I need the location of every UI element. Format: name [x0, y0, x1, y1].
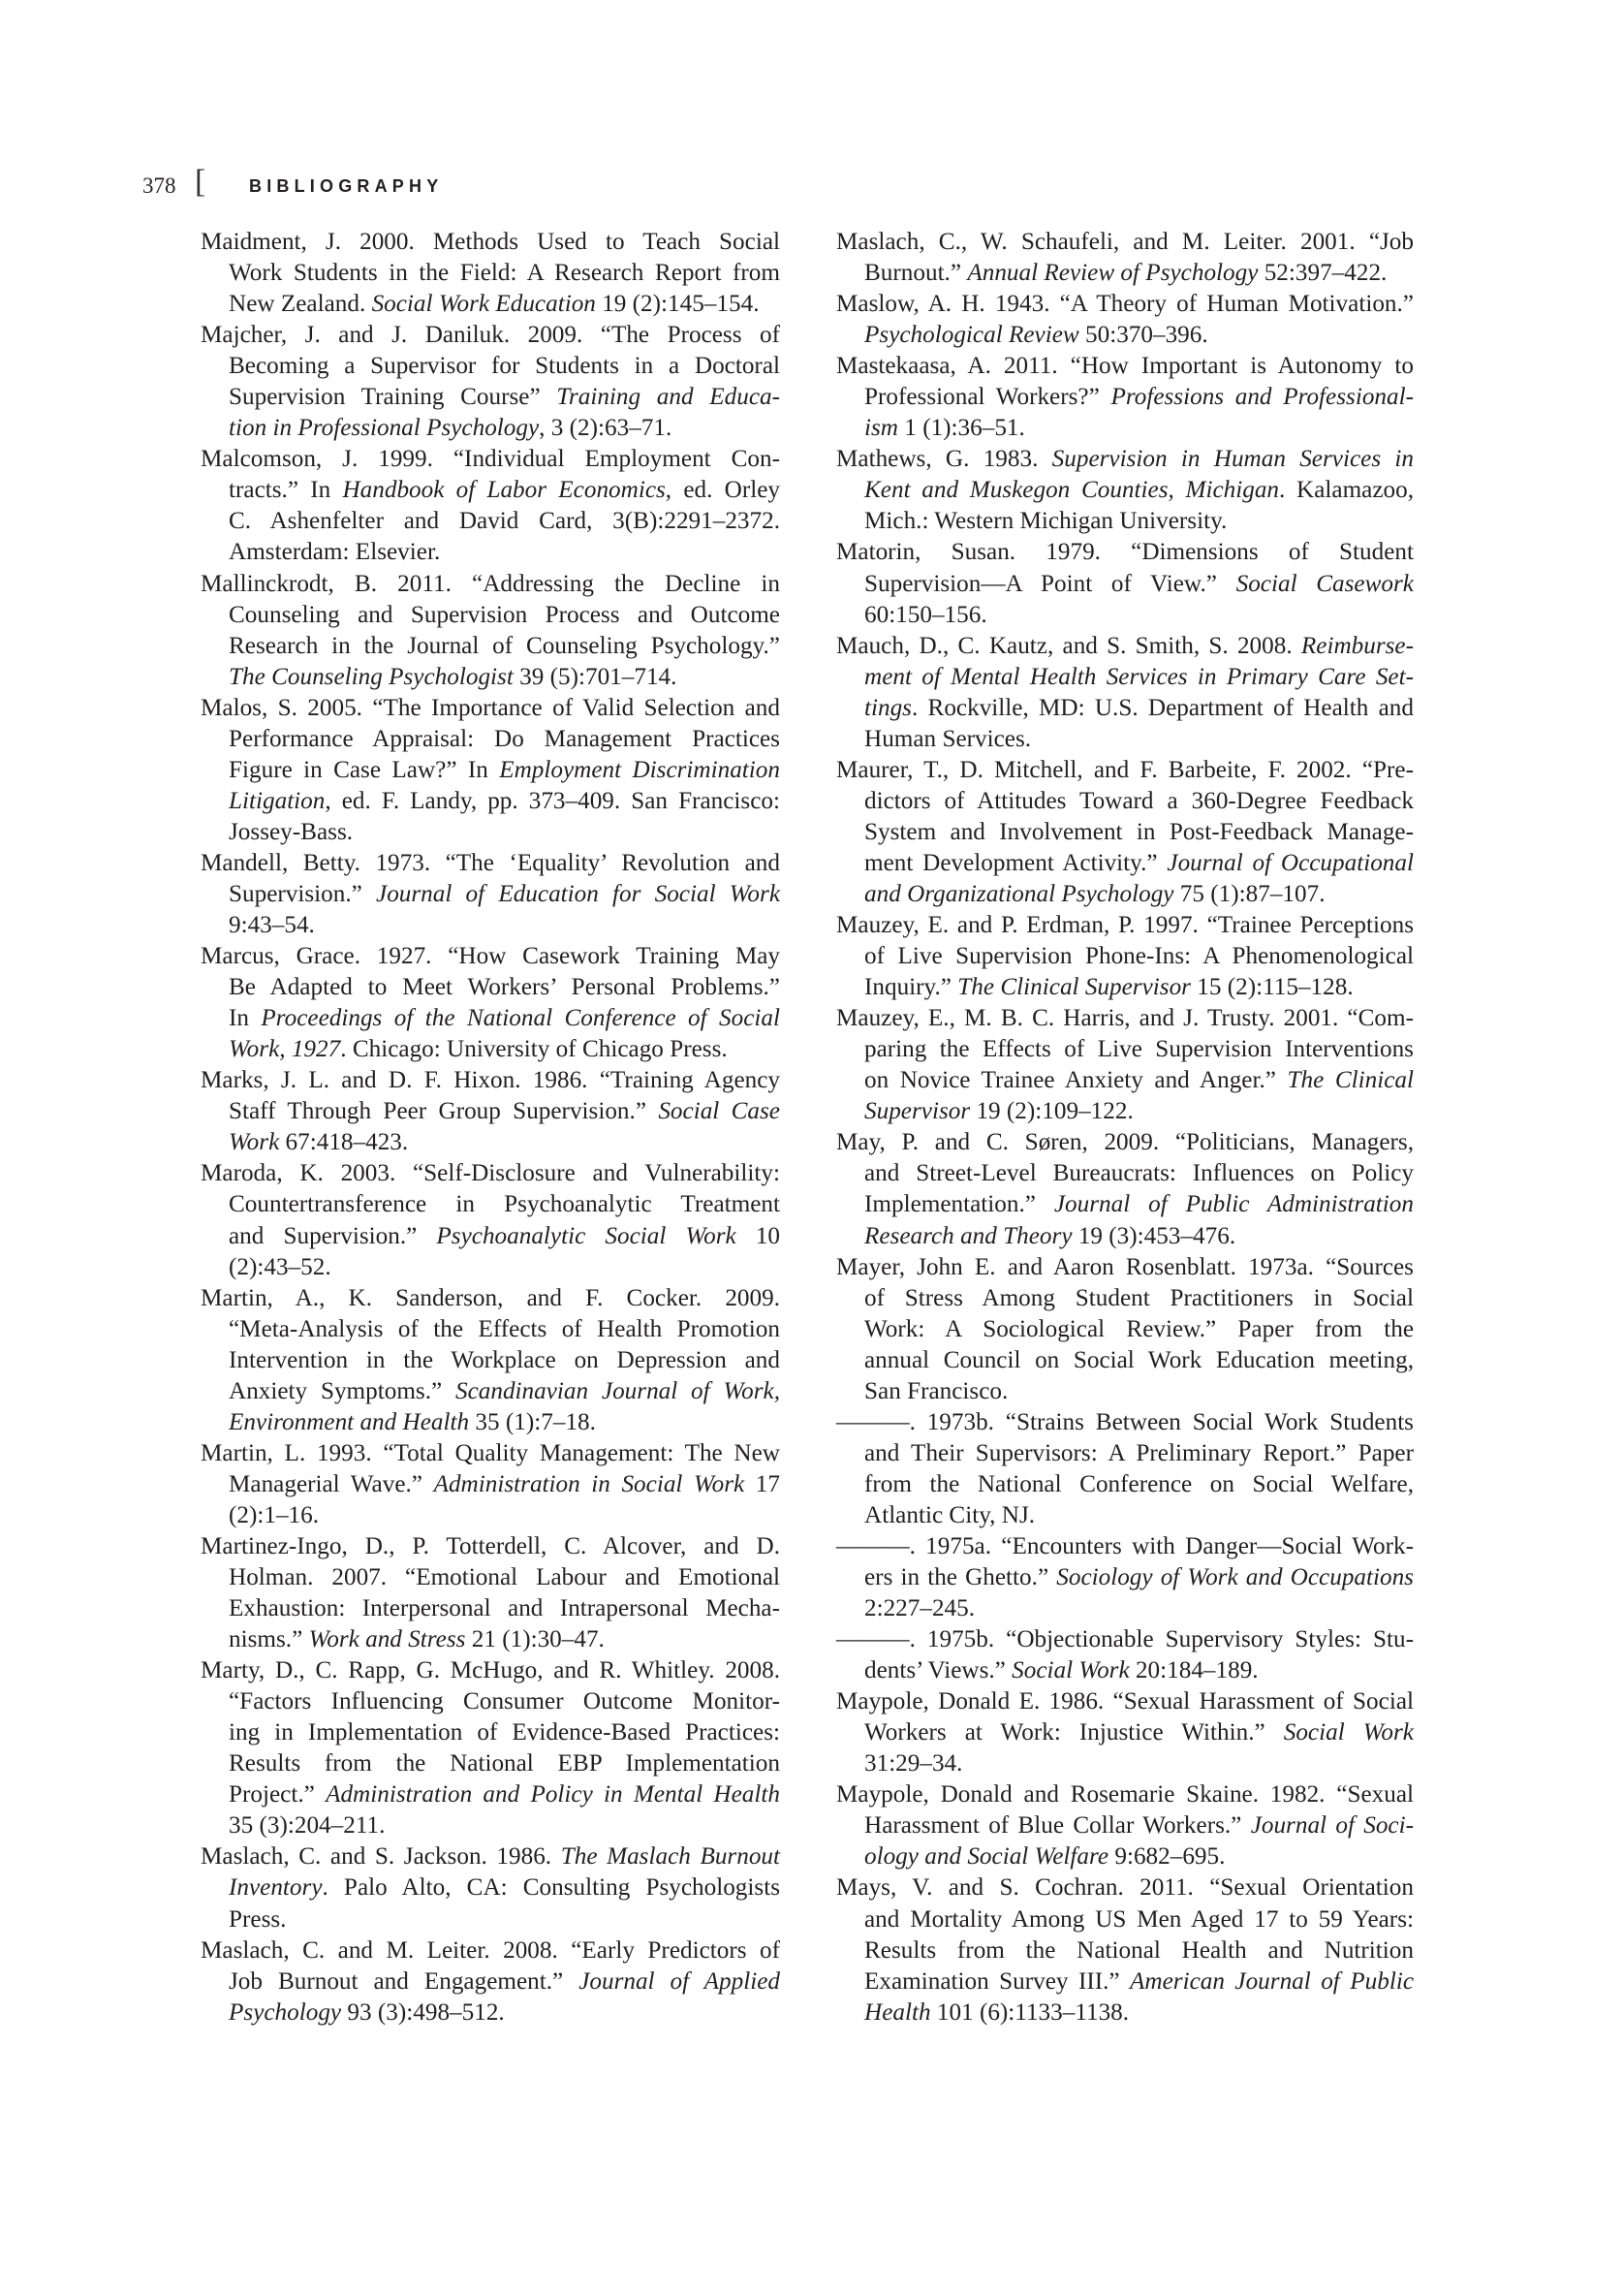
- citation-text: 31:29–34.: [864, 1750, 962, 1777]
- citation-text: Becoming a Supervisor for Students in a …: [229, 353, 780, 379]
- citation-text: Maurer, T., D. Mitchell, and F. Barbeite…: [836, 757, 1414, 783]
- entry-line: Atlantic City, NJ.: [836, 1500, 1414, 1531]
- italic-title-text: Inventory: [229, 1874, 323, 1901]
- entry-line: and Organizational Psychology 75 (1):87–…: [836, 879, 1414, 910]
- entry-line: Marty, D., C. Rapp, G. McHugo, and R. Wh…: [201, 1655, 780, 1686]
- citation-text: Martin, L. 1993. “Total Quality Manageme…: [201, 1440, 780, 1466]
- entry-line: Inventory. Palo Alto, CA: Consulting Psy…: [201, 1872, 780, 1903]
- bibliography-entry: Mathews, G. 1983. Supervision in Human S…: [836, 444, 1414, 537]
- citation-text: Mallinckrodt, B. 2011. “Addressing the D…: [201, 571, 780, 597]
- entry-line: Work 67:418–423.: [201, 1127, 780, 1158]
- citation-text: , ed. F. Landy, pp. 373–409. San Francis…: [325, 788, 780, 814]
- entry-line: Results from the National Health and Nut…: [836, 1935, 1414, 1966]
- entry-line: Job Burnout and Engagement.” Journal of …: [201, 1966, 780, 1997]
- citation-text: Maslach, C. and S. Jackson. 1986.: [201, 1843, 561, 1870]
- citation-text: Marty, D., C. Rapp, G. McHugo, and R. Wh…: [201, 1657, 780, 1683]
- entry-line: Maslach, C., W. Schaufeli, and M. Leiter…: [836, 227, 1414, 258]
- citation-text: ing in Implementation of Evidence-Based …: [229, 1719, 780, 1746]
- italic-title-text: Work: [229, 1129, 279, 1155]
- entry-line: ———. 1975b. “Objectionable Supervisory S…: [836, 1624, 1414, 1655]
- entry-line: tion in Professional Psychology, 3 (2):6…: [201, 413, 780, 444]
- entry-line: Maidment, J. 2000. Methods Used to Teach…: [201, 227, 780, 258]
- citation-text: Maidment, J. 2000. Methods Used to Teach…: [201, 229, 780, 255]
- bibliography-entry: Maurer, T., D. Mitchell, and F. Barbeite…: [836, 755, 1414, 910]
- citation-text: Supervision—A Point of View.”: [864, 571, 1236, 597]
- entry-line: C. Ashenfelter and David Card, 3(B):2291…: [201, 506, 780, 537]
- entry-line: Psychology 93 (3):498–512.: [201, 1997, 780, 2029]
- entry-line: from the National Conference on Social W…: [836, 1469, 1414, 1500]
- italic-title-text: Work, 1927: [229, 1036, 340, 1062]
- italic-title-text: ology and Social Welfare: [864, 1843, 1108, 1870]
- entry-line: Mallinckrodt, B. 2011. “Addressing the D…: [201, 569, 780, 600]
- citation-text: Mathews, G. 1983.: [836, 446, 1052, 472]
- citation-text: Supervision Training Course”: [229, 384, 556, 410]
- citation-text: Countertransference in Psychoanalytic Tr…: [229, 1191, 780, 1217]
- entry-line: The Counseling Psychologist 39 (5):701–7…: [201, 662, 780, 693]
- bibliography-entry: Martinez-Ingo, D., P. Totterdell, C. Alc…: [201, 1531, 780, 1655]
- citation-text: Anxiety Symptoms.”: [229, 1378, 455, 1404]
- entry-line: Supervision Training Course” Training an…: [201, 382, 780, 413]
- bibliography-entry: Maroda, K. 2003. “Self-Disclosure and Vu…: [201, 1158, 780, 1282]
- italic-title-text: Social Casework: [1236, 571, 1414, 597]
- italic-title-text: Supervisor: [864, 1098, 970, 1124]
- italic-title-text: Social Work: [1284, 1719, 1414, 1746]
- citation-text: 39 (5):701–714.: [514, 664, 677, 690]
- entry-line: Mandell, Betty. 1973. “The ‘Equality’ Re…: [201, 848, 780, 879]
- citation-text: Be Adapted to Meet Workers’ Personal Pro…: [229, 974, 780, 1000]
- bibliography-entry: Marks, J. L. and D. F. Hixon. 1986. “Tra…: [201, 1065, 780, 1158]
- entry-line: Figure in Case Law?” In Employment Discr…: [201, 755, 780, 786]
- citation-text: 2:227–245.: [864, 1595, 975, 1621]
- entry-line: Mauzey, E., M. B. C. Harris, and J. Trus…: [836, 1003, 1414, 1034]
- entry-line: Mastekaasa, A. 2011. “How Important is A…: [836, 351, 1414, 382]
- entry-line: ers in the Ghetto.” Sociology of Work an…: [836, 1562, 1414, 1593]
- citation-text: ———. 1973b. “Strains Between Social Work…: [836, 1409, 1414, 1435]
- citation-text: Malcomson, J. 1999. “Individual Employme…: [201, 446, 780, 472]
- citation-text: In: [229, 1005, 261, 1031]
- bibliography-entry: Maslach, C., W. Schaufeli, and M. Leiter…: [836, 227, 1414, 289]
- citation-text: San Francisco.: [864, 1378, 1008, 1404]
- italic-title-text: Administration in Social Work: [434, 1471, 745, 1497]
- bibliography-entry: Martin, L. 1993. “Total Quality Manageme…: [201, 1438, 780, 1531]
- citation-text: dictors of Attitudes Toward a 360-Degree…: [864, 788, 1414, 814]
- entry-line: and Street-Level Bureaucrats: Influences…: [836, 1158, 1414, 1189]
- page-number: 378: [142, 173, 176, 200]
- italic-title-text: Proceedings of the National Conference o…: [261, 1005, 780, 1031]
- entry-line: In Proceedings of the National Conferenc…: [201, 1003, 780, 1034]
- italic-title-text: The Counseling Psychologist: [229, 664, 514, 690]
- entry-line: 9:43–54.: [201, 910, 780, 941]
- italic-title-text: Supervision in Human Services in: [1052, 446, 1414, 472]
- citation-text: ment Development Activity.”: [864, 850, 1167, 876]
- bibliography-entry: Mauzey, E., M. B. C. Harris, and J. Trus…: [836, 1003, 1414, 1127]
- citation-text: (2):43–52.: [229, 1254, 331, 1280]
- bibliography-entry: ———. 1975a. “Encounters with Danger—Soci…: [836, 1531, 1414, 1624]
- citation-text: System and Involvement in Post-Feedback …: [864, 819, 1414, 845]
- entry-line: Project.” Administration and Policy in M…: [201, 1779, 780, 1810]
- entry-line: System and Involvement in Post-Feedback …: [836, 817, 1414, 848]
- citation-text: Maslow, A. H. 1943. “A Theory of Human M…: [836, 291, 1414, 317]
- entry-line: “Meta-Analysis of the Effects of Health …: [201, 1314, 780, 1345]
- entry-line: Performance Appraisal: Do Management Pra…: [201, 724, 780, 755]
- citation-text: Mays, V. and S. Cochran. 2011. “Sexual O…: [836, 1874, 1414, 1901]
- italic-title-text: Scandinavian Journal of Work,: [455, 1378, 780, 1404]
- entry-line: Martin, A., K. Sanderson, and F. Cocker.…: [201, 1283, 780, 1314]
- citation-text: 60:150–156.: [864, 602, 987, 628]
- bibliography-entry: Mandell, Betty. 1973. “The ‘Equality’ Re…: [201, 848, 780, 941]
- citation-text: Marks, J. L. and D. F. Hixon. 1986. “Tra…: [201, 1067, 780, 1093]
- entry-line: (2):1–16.: [201, 1500, 780, 1531]
- bibliography-entry: Maypole, Donald E. 1986. “Sexual Harassm…: [836, 1686, 1414, 1779]
- bibliography-entry: Mallinckrodt, B. 2011. “Addressing the D…: [201, 569, 780, 693]
- italic-title-text: Professions and Professional-: [1110, 384, 1414, 410]
- italic-title-text: Social Work Education: [372, 291, 596, 317]
- citation-text: “Factors Influencing Consumer Outcome Mo…: [229, 1688, 780, 1714]
- bibliography-column-right: Maslach, C., W. Schaufeli, and M. Leiter…: [836, 227, 1414, 2029]
- citation-text: paring the Effects of Live Supervision I…: [864, 1036, 1414, 1062]
- entry-line: Health 101 (6):1133–1138.: [836, 1997, 1414, 2029]
- citation-text: 1 (1):36–51.: [898, 415, 1025, 441]
- citation-text: New Zealand.: [229, 291, 372, 317]
- citation-text: Managerial Wave.”: [229, 1471, 434, 1497]
- italic-title-text: The Clinical Supervisor: [957, 974, 1191, 1000]
- entry-line: Martinez-Ingo, D., P. Totterdell, C. Alc…: [201, 1531, 780, 1562]
- citation-text: , ed. Orley: [666, 477, 780, 503]
- entry-line: “Factors Influencing Consumer Outcome Mo…: [201, 1686, 780, 1717]
- entry-line: Psychological Review 50:370–396.: [836, 320, 1414, 351]
- citation-text: Maslach, C. and M. Leiter. 2008. “Early …: [201, 1937, 780, 1964]
- italic-title-text: Journal of Occupational: [1167, 850, 1414, 876]
- citation-text: 17: [744, 1471, 780, 1497]
- citation-text: Inquiry.”: [864, 974, 957, 1000]
- bibliography-entry: Malos, S. 2005. “The Importance of Valid…: [201, 693, 780, 848]
- citation-text: on Novice Trainee Anxiety and Anger.”: [864, 1067, 1288, 1093]
- entry-line: Staff Through Peer Group Supervision.” S…: [201, 1096, 780, 1127]
- citation-text: Work: A Sociological Review.” Paper from…: [864, 1316, 1414, 1342]
- bracket-ornament: [: [195, 165, 205, 200]
- citation-text: 101 (6):1133–1138.: [931, 1999, 1130, 2026]
- citation-text: Mich.: Western Michigan University.: [864, 508, 1227, 534]
- entry-line: Matorin, Susan. 1979. “Dimensions of Stu…: [836, 537, 1414, 568]
- entry-line: Managerial Wave.” Administration in Soci…: [201, 1469, 780, 1500]
- citation-text: Job Burnout and Engagement.”: [229, 1968, 578, 1995]
- citation-text: ———. 1975b. “Objectionable Supervisory S…: [836, 1626, 1414, 1652]
- italic-title-text: Social Work: [1012, 1657, 1130, 1683]
- entry-line: of Live Supervision Phone-Ins: A Phenome…: [836, 941, 1414, 972]
- entry-line: 60:150–156.: [836, 600, 1414, 631]
- bibliography-entry: Martin, A., K. Sanderson, and F. Cocker.…: [201, 1283, 780, 1438]
- italic-title-text: Training and Educa-: [556, 384, 780, 410]
- italic-title-text: Psychology: [229, 1999, 341, 2026]
- citation-text: of Live Supervision Phone-Ins: A Phenome…: [864, 943, 1414, 969]
- bibliography-entry: Maidment, J. 2000. Methods Used to Teach…: [201, 227, 780, 320]
- citation-text: Exhaustion: Interpersonal and Intraperso…: [229, 1595, 780, 1621]
- bibliography-column-left: Maidment, J. 2000. Methods Used to Teach…: [201, 227, 780, 2029]
- entry-line: Maurer, T., D. Mitchell, and F. Barbeite…: [836, 755, 1414, 786]
- entry-line: 2:227–245.: [836, 1593, 1414, 1624]
- citation-text: C. Ashenfelter and David Card, 3(B):2291…: [229, 508, 780, 534]
- citation-text: and Supervision.”: [229, 1223, 436, 1249]
- italic-title-text: tion in Professional Psychology: [229, 415, 539, 441]
- citation-text: “Meta-Analysis of the Effects of Health …: [229, 1316, 780, 1342]
- citation-text: 35 (3):204–211.: [229, 1812, 385, 1839]
- citation-text: May, P. and C. Søren, 2009. “Politicians…: [836, 1129, 1414, 1155]
- citation-text: , 3 (2):63–71.: [539, 415, 671, 441]
- entry-line: paring the Effects of Live Supervision I…: [836, 1034, 1414, 1065]
- entry-line: New Zealand. Social Work Education 19 (2…: [201, 289, 780, 320]
- bibliography-entry: Maypole, Donald and Rosemarie Skaine. 19…: [836, 1779, 1414, 1872]
- italic-title-text: Environment and Health: [229, 1409, 469, 1435]
- entry-line: Human Services.: [836, 724, 1414, 755]
- bibliography-entry: Mastekaasa, A. 2011. “How Important is A…: [836, 351, 1414, 444]
- entry-line: ment of Mental Health Services in Primar…: [836, 662, 1414, 693]
- entry-line: Examination Survey III.” American Journa…: [836, 1966, 1414, 1997]
- entry-line: Maypole, Donald and Rosemarie Skaine. 19…: [836, 1779, 1414, 1810]
- entry-line: Work: A Sociological Review.” Paper from…: [836, 1314, 1414, 1345]
- entry-line: and Supervision.” Psychoanalytic Social …: [201, 1221, 780, 1252]
- entry-line: Work Students in the Field: A Research R…: [201, 258, 780, 289]
- citation-text: 19 (3):453–476.: [1073, 1223, 1236, 1249]
- entry-line: Malcomson, J. 1999. “Individual Employme…: [201, 444, 780, 475]
- italic-title-text: ment of Mental Health Services in Primar…: [864, 664, 1414, 690]
- entry-line: Results from the National EBP Implementa…: [201, 1748, 780, 1779]
- entry-line: Anxiety Symptoms.” Scandinavian Journal …: [201, 1376, 780, 1407]
- citation-text: Examination Survey III.”: [864, 1968, 1130, 1995]
- citation-text: 52:397–422.: [1258, 260, 1387, 286]
- citation-text: Results from the National Health and Nut…: [864, 1937, 1414, 1964]
- entry-line: and Their Supervisors: A Preliminary Rep…: [836, 1438, 1414, 1469]
- citation-text: Project.”: [229, 1781, 326, 1808]
- bibliography-entry: Mauch, D., C. Kautz, and S. Smith, S. 20…: [836, 631, 1414, 755]
- citation-text: from the National Conference on Social W…: [864, 1471, 1414, 1497]
- italic-title-text: Sociology of Work and Occupations: [1056, 1564, 1414, 1590]
- entry-line: dictors of Attitudes Toward a 360-Degree…: [836, 786, 1414, 817]
- entry-line: Marks, J. L. and D. F. Hixon. 1986. “Tra…: [201, 1065, 780, 1096]
- bibliography-entry: Marcus, Grace. 1927. “How Casework Train…: [201, 941, 780, 1065]
- citation-text: Staff Through Peer Group Supervision.”: [229, 1098, 658, 1124]
- entry-line: Supervisor 19 (2):109–122.: [836, 1096, 1414, 1127]
- italic-title-text: Journal of Applied: [578, 1968, 780, 1995]
- citation-text: Mauzey, E., M. B. C. Harris, and J. Trus…: [836, 1005, 1414, 1031]
- italic-title-text: Journal of Soci-: [1251, 1812, 1414, 1839]
- entry-line: Litigation, ed. F. Landy, pp. 373–409. S…: [201, 786, 780, 817]
- entry-line: May, P. and C. Søren, 2009. “Politicians…: [836, 1127, 1414, 1158]
- citation-text: . Kalamazoo,: [1279, 477, 1414, 503]
- citation-text: Press.: [229, 1906, 286, 1933]
- entry-line: Mauch, D., C. Kautz, and S. Smith, S. 20…: [836, 631, 1414, 662]
- entry-line: tracts.” In Handbook of Labor Economics,…: [201, 475, 780, 506]
- citation-text: Mayer, John E. and Aaron Rosenblatt. 197…: [836, 1254, 1414, 1280]
- italic-title-text: Annual Review of Psychology: [967, 260, 1258, 286]
- citation-text: Maypole, Donald and Rosemarie Skaine. 19…: [836, 1781, 1414, 1808]
- bibliography-entry: May, P. and C. Søren, 2009. “Politicians…: [836, 1127, 1414, 1251]
- citation-text: and Mortality Among US Men Aged 17 to 59…: [864, 1906, 1414, 1933]
- citation-text: 75 (1):87–107.: [1173, 881, 1325, 907]
- citation-text: ers in the Ghetto.”: [864, 1564, 1056, 1590]
- citation-text: Human Services.: [864, 726, 1031, 752]
- entry-line: Inquiry.” The Clinical Supervisor 15 (2)…: [836, 972, 1414, 1003]
- entry-line: ism 1 (1):36–51.: [836, 413, 1414, 444]
- citation-text: Jossey-Bass.: [229, 819, 353, 845]
- citation-text: Results from the National EBP Implementa…: [229, 1750, 780, 1777]
- citation-text: Marcus, Grace. 1927. “How Casework Train…: [201, 943, 780, 969]
- citation-text: 20:184–189.: [1130, 1657, 1259, 1683]
- citation-text: Burnout.”: [864, 260, 967, 286]
- entry-line: Research and Theory 19 (3):453–476.: [836, 1221, 1414, 1252]
- citation-text: Workers at Work: Injustice Within.”: [864, 1719, 1284, 1746]
- italic-title-text: Handbook of Labor Economics: [342, 477, 665, 503]
- citation-text: (2):1–16.: [229, 1502, 319, 1528]
- citation-text: 50:370–396.: [1079, 322, 1208, 348]
- citation-text: 21 (1):30–47.: [465, 1626, 604, 1652]
- italic-title-text: Psychoanalytic Social Work: [436, 1223, 735, 1249]
- entry-line: Marcus, Grace. 1927. “How Casework Train…: [201, 941, 780, 972]
- italic-title-text: Journal of Public Administration: [1054, 1191, 1414, 1217]
- citation-text: Mauch, D., C. Kautz, and S. Smith, S. 20…: [836, 633, 1301, 659]
- entry-line: Jossey-Bass.: [201, 817, 780, 848]
- italic-title-text: Social Case: [658, 1098, 780, 1124]
- bibliography-entry: Mays, V. and S. Cochran. 2011. “Sexual O…: [836, 1872, 1414, 2028]
- citation-text: Counseling and Supervision Process and O…: [229, 602, 780, 628]
- citation-text: Martin, A., K. Sanderson, and F. Cocker.…: [201, 1285, 780, 1311]
- citation-text: Figure in Case Law?” In: [229, 757, 499, 783]
- italic-title-text: The Clinical: [1288, 1067, 1414, 1093]
- entry-line: Press.: [201, 1904, 780, 1935]
- entry-line: ing in Implementation of Evidence-Based …: [201, 1717, 780, 1748]
- citation-text: Performance Appraisal: Do Management Pra…: [229, 726, 780, 752]
- bibliography-entry: Mayer, John E. and Aaron Rosenblatt. 197…: [836, 1252, 1414, 1407]
- italic-title-text: Litigation: [229, 788, 325, 814]
- citation-text: tracts.” In: [229, 477, 342, 503]
- bibliography-entry: Maslow, A. H. 1943. “A Theory of Human M…: [836, 289, 1414, 351]
- bibliography-entry: Maslach, C. and S. Jackson. 1986. The Ma…: [201, 1841, 780, 1934]
- entry-line: Environment and Health 35 (1):7–18.: [201, 1407, 780, 1438]
- entry-line: ment Development Activity.” Journal of O…: [836, 848, 1414, 879]
- citation-text: Mauzey, E. and P. Erdman, P. 1997. “Trai…: [836, 912, 1414, 938]
- italic-title-text: American Journal of Public: [1130, 1968, 1414, 1995]
- entry-line: Harassment of Blue Collar Workers.” Jour…: [836, 1810, 1414, 1841]
- bibliography-entry: Marty, D., C. Rapp, G. McHugo, and R. Wh…: [201, 1655, 780, 1841]
- italic-title-text: tings: [864, 695, 912, 721]
- entry-line: Holman. 2007. “Emotional Labour and Emot…: [201, 1562, 780, 1593]
- italic-title-text: Administration and Policy in Mental Heal…: [326, 1781, 780, 1808]
- italic-title-text: Health: [864, 1999, 931, 2026]
- bibliography-entry: ———. 1973b. “Strains Between Social Work…: [836, 1407, 1414, 1531]
- citation-text: Atlantic City, NJ.: [864, 1502, 1035, 1528]
- citation-text: and Street-Level Bureaucrats: Influences…: [864, 1160, 1414, 1186]
- entry-line: Majcher, J. and J. Daniluk. 2009. “The P…: [201, 320, 780, 351]
- citation-text: Maypole, Donald E. 1986. “Sexual Harassm…: [836, 1688, 1414, 1714]
- entry-line: ———. 1973b. “Strains Between Social Work…: [836, 1407, 1414, 1438]
- citation-text: Supervision.”: [229, 881, 376, 907]
- citation-text: 15 (2):115–128.: [1191, 974, 1354, 1000]
- citation-text: Maslach, C., W. Schaufeli, and M. Leiter…: [836, 229, 1414, 255]
- entry-line: Kent and Muskegon Counties, Michigan. Ka…: [836, 475, 1414, 506]
- italic-title-text: Journal of Education for Social Work: [376, 881, 780, 907]
- entry-line: Exhaustion: Interpersonal and Intraperso…: [201, 1593, 780, 1624]
- entry-line: Professional Workers?” Professions and P…: [836, 382, 1414, 413]
- entry-line: on Novice Trainee Anxiety and Anger.” Th…: [836, 1065, 1414, 1096]
- entry-line: Martin, L. 1993. “Total Quality Manageme…: [201, 1438, 780, 1469]
- entry-line: ———. 1975a. “Encounters with Danger—Soci…: [836, 1531, 1414, 1562]
- citation-text: Maroda, K. 2003. “Self-Disclosure and Vu…: [201, 1160, 780, 1186]
- entry-line: nisms.” Work and Stress 21 (1):30–47.: [201, 1624, 780, 1655]
- entry-line: dents’ Views.” Social Work 20:184–189.: [836, 1655, 1414, 1686]
- bibliography-entry: Maslach, C. and M. Leiter. 2008. “Early …: [201, 1935, 780, 2029]
- citation-text: Matorin, Susan. 1979. “Dimensions of Stu…: [836, 539, 1414, 565]
- bibliography-entry: Majcher, J. and J. Daniluk. 2009. “The P…: [201, 320, 780, 444]
- citation-text: Malos, S. 2005. “The Importance of Valid…: [201, 695, 780, 721]
- bibliography-entry: Mauzey, E. and P. Erdman, P. 1997. “Trai…: [836, 910, 1414, 1003]
- entry-line: Research in the Journal of Counseling Ps…: [201, 631, 780, 662]
- entry-line: Mays, V. and S. Cochran. 2011. “Sexual O…: [836, 1872, 1414, 1903]
- citation-text: Amsterdam: Elsevier.: [229, 539, 440, 565]
- citation-text: 19 (2):145–154.: [596, 291, 760, 317]
- citation-text: Professional Workers?”: [864, 384, 1110, 410]
- citation-text: Holman. 2007. “Emotional Labour and Emot…: [229, 1564, 780, 1590]
- entry-line: Intervention in the Workplace on Depress…: [201, 1345, 780, 1376]
- entry-line: Work, 1927. Chicago: University of Chica…: [201, 1034, 780, 1065]
- entry-line: Becoming a Supervisor for Students in a …: [201, 351, 780, 382]
- entry-line: Maroda, K. 2003. “Self-Disclosure and Vu…: [201, 1158, 780, 1189]
- citation-text: Mandell, Betty. 1973. “The ‘Equality’ Re…: [201, 850, 780, 876]
- entry-line: (2):43–52.: [201, 1252, 780, 1283]
- citation-text: of Stress Among Student Practitioners in…: [864, 1285, 1414, 1311]
- entry-line: annual Council on Social Work Education …: [836, 1345, 1414, 1376]
- citation-text: . Chicago: University of Chicago Press.: [340, 1036, 727, 1062]
- italic-title-text: Research and Theory: [864, 1223, 1073, 1249]
- entry-line: San Francisco.: [836, 1376, 1414, 1407]
- citation-text: Work Students in the Field: A Research R…: [229, 260, 780, 286]
- entry-line: and Mortality Among US Men Aged 17 to 59…: [836, 1904, 1414, 1935]
- citation-text: 9:682–695.: [1108, 1843, 1225, 1870]
- entry-line: Implementation.” Journal of Public Admin…: [836, 1189, 1414, 1220]
- citation-text: 9:43–54.: [229, 912, 315, 938]
- citation-text: Implementation.”: [864, 1191, 1054, 1217]
- citation-text: 35 (1):7–18.: [469, 1409, 596, 1435]
- entry-line: Workers at Work: Injustice Within.” Soci…: [836, 1717, 1414, 1748]
- citation-text: Research in the Journal of Counseling Ps…: [229, 633, 780, 659]
- citation-text: 93 (3):498–512.: [341, 1999, 505, 2026]
- italic-title-text: Employment Discrimination: [499, 757, 780, 783]
- italic-title-text: The Maslach Burnout: [561, 1843, 780, 1870]
- italic-title-text: Work and Stress: [309, 1626, 466, 1652]
- citation-text: dents’ Views.”: [864, 1657, 1012, 1683]
- entry-line: tings. Rockville, MD: U.S. Department of…: [836, 693, 1414, 724]
- citation-text: 19 (2):109–122.: [970, 1098, 1134, 1124]
- bibliography-entry: ———. 1975b. “Objectionable Supervisory S…: [836, 1624, 1414, 1686]
- entry-line: Mauzey, E. and P. Erdman, P. 1997. “Trai…: [836, 910, 1414, 941]
- citation-text: 67:418–423.: [279, 1129, 408, 1155]
- italic-title-text: and Organizational Psychology: [864, 881, 1173, 907]
- entry-line: Amsterdam: Elsevier.: [201, 537, 780, 568]
- citation-text: Harassment of Blue Collar Workers.”: [864, 1812, 1251, 1839]
- entry-line: Countertransference in Psychoanalytic Tr…: [201, 1189, 780, 1220]
- entry-line: ology and Social Welfare 9:682–695.: [836, 1841, 1414, 1872]
- citation-text: . Rockville, MD: U.S. Department of Heal…: [912, 695, 1414, 721]
- entry-line: Be Adapted to Meet Workers’ Personal Pro…: [201, 972, 780, 1003]
- entry-line: Malos, S. 2005. “The Importance of Valid…: [201, 693, 780, 724]
- entry-line: Counseling and Supervision Process and O…: [201, 600, 780, 631]
- entry-line: 35 (3):204–211.: [201, 1810, 780, 1841]
- running-head: 378 [ BIBLIOGRAPHY: [0, 0, 1623, 223]
- italic-title-text: Psychological Review: [864, 322, 1079, 348]
- entry-line: of Stress Among Student Practitioners in…: [836, 1283, 1414, 1314]
- entry-line: Maypole, Donald E. 1986. “Sexual Harassm…: [836, 1686, 1414, 1717]
- entry-line: Mathews, G. 1983. Supervision in Human S…: [836, 444, 1414, 475]
- italic-title-text: Reimburse-: [1301, 633, 1414, 659]
- citation-text: Intervention in the Workplace on Depress…: [229, 1347, 780, 1373]
